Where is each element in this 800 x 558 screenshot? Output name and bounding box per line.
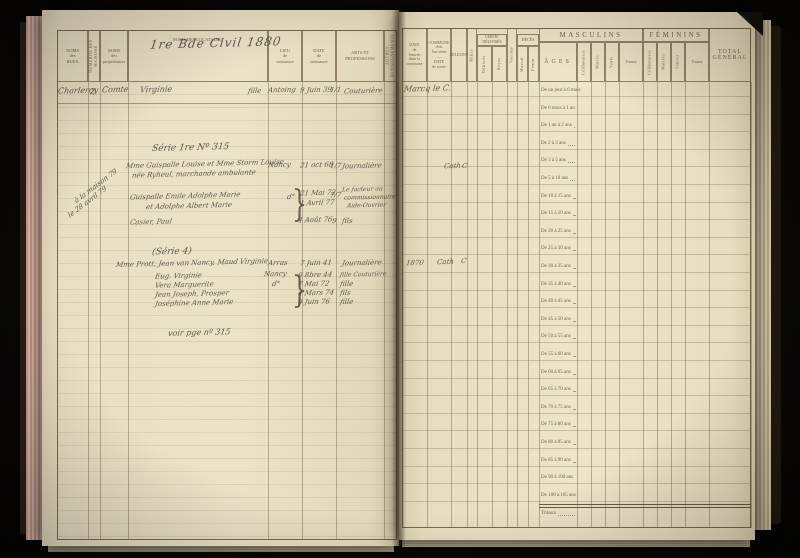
age-row-leader: [573, 214, 575, 216]
age-row: De 70 à 75 ans: [541, 405, 575, 410]
hw-row1-name: Virginie: [139, 85, 172, 95]
right-row-line: [402, 272, 751, 273]
hw-block1-line2-prof3: Aide-Ouvrier: [346, 201, 386, 209]
subcol-fem-celibataires: Célibataires: [643, 42, 657, 82]
hw-block2-sub1: Eug. Virginie: [154, 271, 202, 280]
hw-block2-birthplace2: Nancy: [263, 270, 287, 279]
age-row-label: De 6 mois à 1 an: [541, 106, 575, 111]
subcol-deces-masculins: Mascul.: [517, 46, 528, 82]
col-header-commune-provenance: COMMUNE d'où l'on vient — DATE de sortie: [427, 28, 451, 82]
col-header-noms-rues: NOMS des RUES: [57, 30, 88, 82]
age-row: De 85 à 90 ans: [541, 458, 575, 463]
col-header-date-naissance: DATE de naissance: [302, 30, 336, 82]
age-row-label: De 5 à 10 ans: [541, 176, 568, 181]
age-row-label: De 40 à 45 ans: [541, 299, 571, 304]
hw-block2-heading: (Série 4): [151, 246, 192, 257]
age-row-leader: [573, 390, 575, 392]
age-row-leader: [573, 461, 575, 463]
age-row: De 6 mois à 1 an: [541, 106, 575, 111]
totals-separator-line: [539, 504, 751, 508]
age-row: De 30 à 35 ans: [541, 264, 575, 269]
totals-row: Totaux: [541, 510, 575, 516]
left-column-rule: [57, 82, 58, 540]
group-header-masculins: MASCULINS: [539, 28, 643, 42]
age-row: De 25 à 30 ans: [541, 246, 575, 251]
hw-row1-profession: Couturière: [343, 86, 383, 95]
age-row-label: De 50 à 55 ans: [541, 334, 571, 339]
book-cover-right: [771, 26, 781, 524]
col-header-numeros-maisons: NUMÉROS DES MAISONS: [88, 30, 100, 82]
hw-row1-note: fille: [247, 87, 261, 95]
age-row: De 60 à 65 ans: [541, 370, 575, 375]
hw-block2-line1-birthdate: 7 Juin 41: [299, 259, 332, 268]
page-edges-left: [26, 16, 42, 540]
left-column-rule: [302, 82, 303, 540]
right-row-line: [402, 501, 751, 502]
col-header-total-general: TOTAL GÉNÉRAL: [709, 28, 751, 82]
right-column-rule: [751, 82, 752, 528]
right-row-line: [402, 149, 751, 150]
subcol-masc-totaux: Totaux: [619, 42, 643, 82]
age-row-label: De 80 à 85 ans: [541, 440, 571, 445]
hw-row1-owner: Comte: [101, 85, 129, 95]
age-row-leader: [573, 267, 575, 269]
age-row: De un jour à 6 mois: [541, 88, 575, 93]
right-row-line: [402, 325, 751, 326]
hw-block2-date3: 4 Mars 74: [297, 289, 334, 298]
age-row-leader: [573, 443, 575, 445]
subcol-certificats-delivres: Délivrés: [477, 46, 492, 82]
hw-block2-prof3: fils: [339, 289, 351, 297]
book-gutter-shadow: [392, 10, 406, 546]
age-row-label: De un jour à 6 mois: [541, 88, 581, 93]
right-row-line: [402, 290, 751, 291]
age-row-label: De 85 à 90 ans: [541, 458, 571, 463]
col-header-ages: ÂGES: [539, 42, 577, 82]
hw-block2-prof1: fille Couturière: [339, 270, 386, 278]
right-row-line: [402, 395, 751, 396]
hw-block2-footnote: voir pge nº 315: [167, 327, 231, 338]
hw-block1-heading: Série 1re Nº 315: [151, 142, 230, 154]
left-column-rule: [384, 82, 385, 540]
subcol-fem-totaux: Totaux: [685, 42, 709, 82]
age-row-leader: [573, 373, 575, 375]
col-header-vaccine: Vaccine: [507, 28, 517, 82]
hw-block1-line1-profession: Journalière: [341, 161, 382, 170]
hw-right-block1-religion: Cath: [443, 162, 461, 170]
right-row-line: [402, 483, 751, 484]
age-row-leader: [568, 161, 575, 163]
age-row-label: De 20 à 25 ans: [541, 229, 571, 234]
age-row: De 40 à 45 ans: [541, 299, 575, 304]
right-row-line: [402, 360, 751, 361]
age-row: De 5 à 10 ans: [541, 176, 575, 181]
subcol-fem-mariees: Mariées: [657, 42, 671, 82]
age-row-label: De 75 à 80 ans: [541, 422, 571, 427]
col-header-milice: Milice: [467, 28, 477, 82]
right-row-line: [402, 413, 751, 414]
age-row: De 90 à 100 ans: [541, 475, 575, 480]
age-row: De 55 à 60 ans: [541, 352, 575, 357]
right-row-line: [402, 202, 751, 203]
age-row-leader: [573, 302, 575, 304]
right-row-line: [402, 430, 751, 431]
age-row-leader: [573, 232, 575, 234]
hw-block2-ditto: d°: [271, 280, 280, 288]
col-header-arts-professions: ARTS ET PROFESSIONS: [336, 30, 384, 82]
age-row-label: De 70 à 75 ans: [541, 405, 571, 410]
right-row-line: [402, 237, 751, 238]
right-row-line: [402, 131, 751, 132]
register-left-page: NOMS des RUES NUMÉROS DES MAISONS NOMS d…: [42, 10, 399, 546]
right-row-line: [402, 378, 751, 379]
age-row: De 80 à 85 ans: [541, 440, 575, 445]
right-row-line: [402, 307, 751, 308]
group-header-deces: DÉCÈS: [517, 34, 539, 46]
hw-block2-line1-birthplace: Arras: [267, 259, 288, 268]
hw-block2-sub2: Vera Marguerite: [154, 280, 214, 290]
hw-block1-line2-date2: 1 Avril 77: [299, 199, 335, 208]
hw-block1-line2-age: 7/7: [329, 191, 341, 199]
left-column-rule: [128, 82, 129, 540]
age-row-leader: [570, 179, 575, 181]
age-row-label: De 10 à 15 ans: [541, 194, 571, 199]
subcol-masc-celibataires: Célibataires: [577, 42, 591, 82]
hw-block1-line3: Casier, Paul: [129, 217, 172, 226]
age-row-label: De 30 à 35 ans: [541, 264, 571, 269]
hw-block1-line1-age: 1/7: [329, 162, 341, 170]
hw-block1-line3-prof: fils: [341, 217, 353, 225]
age-row-label: De 100 à 105 ans: [541, 493, 576, 498]
age-row: De 3 à 5 ans: [541, 158, 575, 163]
age-row-leader: [573, 249, 575, 251]
age-row-leader: [573, 408, 575, 410]
age-row-leader: [568, 144, 575, 146]
age-row-leader: [573, 285, 575, 287]
right-row-line: [402, 466, 751, 467]
age-row-label: De 15 à 20 ans: [541, 211, 571, 216]
left-column-rule: [100, 82, 101, 540]
left-column-rule: [336, 82, 337, 540]
age-row-leader: [573, 197, 575, 199]
age-row: De 15 à 20 ans: [541, 211, 575, 216]
left-column-rule: [268, 82, 269, 540]
age-row: De 50 à 55 ans: [541, 334, 575, 339]
age-row: De 10 à 15 ans: [541, 194, 575, 199]
age-row-label: De 25 à 30 ans: [541, 246, 571, 251]
left-column-rule: [88, 82, 89, 540]
age-row: De 2 à 3 ans: [541, 141, 575, 146]
right-row-line: [402, 448, 751, 449]
age-row: De 65 à 70 ans: [541, 387, 575, 392]
totals-label: Totaux: [541, 510, 556, 516]
subcol-masc-maries: Mariés: [591, 42, 605, 82]
age-row-leader: [574, 126, 575, 128]
age-row: De 20 à 25 ans: [541, 229, 575, 234]
subcol-certificats-recus: Reçus: [492, 46, 507, 82]
hw-block2-prof2: fille: [339, 280, 353, 288]
hw-block1-line2-prof1: Le facteur ou: [341, 185, 383, 193]
hw-block2-date4: 9 Juin 76: [297, 298, 330, 307]
subcol-masc-veufs: Veufs: [605, 42, 619, 82]
col-header-noms-proprietaires: NOMS des propriétaires: [100, 30, 128, 82]
group-header-feminins: FÉMININS: [643, 28, 709, 42]
age-row-label: De 60 à 65 ans: [541, 370, 571, 375]
hw-right-block2-year: 1870: [405, 259, 424, 268]
age-row-leader: [573, 355, 575, 357]
hw-right-row1-note: Marcq le C.: [403, 83, 451, 93]
scanned-register-book: NOMS des RUES NUMÉROS DES MAISONS NOMS d…: [0, 0, 800, 558]
age-row-label: De 45 à 50 ans: [541, 317, 571, 322]
subcol-fem-veuves: Veuves: [671, 42, 685, 82]
page-edges-bottom-right: [402, 540, 750, 547]
age-row: De 35 à 40 ans: [541, 282, 575, 287]
subcol-deces-feminins: Fémin.: [528, 46, 539, 82]
group-header-certificats: CERTIF. DÉLIVRÉS: [477, 34, 507, 46]
hw-row1-birthdate: 9 Juin 39: [299, 86, 332, 95]
age-row: De 75 à 80 ans: [541, 422, 575, 427]
hw-block2-date2: 7 Mai 72: [297, 280, 330, 289]
age-row-label: De 3 à 5 ans: [541, 158, 566, 163]
age-row: De 45 à 50 ans: [541, 317, 575, 322]
hw-block2-line1-profession: Journalière: [341, 258, 382, 267]
hw-block2-prof4: fille: [339, 298, 353, 306]
age-row-label: De 65 à 70 ans: [541, 387, 571, 392]
age-row-label: De 90 à 100 ans: [541, 475, 573, 480]
right-row-line: [402, 96, 751, 97]
age-row-leader: [573, 425, 575, 427]
age-row: De 1 an à 2 ans: [541, 123, 575, 128]
hw-row1-birthplace: Antoing: [267, 86, 296, 95]
right-row-line: [402, 184, 751, 185]
age-row-leader: [573, 337, 575, 339]
hw-block1-line2-prof2: commissionnaire: [343, 193, 396, 201]
hw-right-block2-religion: Cath: [436, 258, 454, 266]
hw-block1-line1-birthplace: Nancy: [267, 161, 291, 170]
page-edges-right: [755, 20, 771, 530]
right-row-line: [402, 254, 751, 255]
totals-leader: [558, 514, 575, 516]
right-row-line: [402, 342, 751, 343]
age-row-leader: [573, 320, 575, 322]
hw-block1-line3-date: 4 Août 76: [297, 216, 333, 225]
page-edges-bottom-left: [48, 546, 394, 552]
age-row-label: De 35 à 40 ans: [541, 282, 571, 287]
age-row: De 100 à 105 ans: [541, 493, 575, 498]
age-row-label: De 2 à 3 ans: [541, 141, 566, 146]
hw-row1-age: 1/1: [329, 86, 341, 94]
hw-block2-date1: 9 8bre 44: [297, 271, 332, 280]
right-row-line: [402, 219, 751, 220]
age-row-label: De 1 an à 2 ans: [541, 123, 572, 128]
age-row-label: De 55 à 60 ans: [541, 352, 571, 357]
register-right-page: DATE de l'entrée dans la commune COMMUNE…: [399, 12, 755, 540]
col-header-religion: RELIGION: [451, 28, 467, 82]
row1-separator-line: [57, 103, 397, 104]
right-row-line: [402, 114, 751, 115]
